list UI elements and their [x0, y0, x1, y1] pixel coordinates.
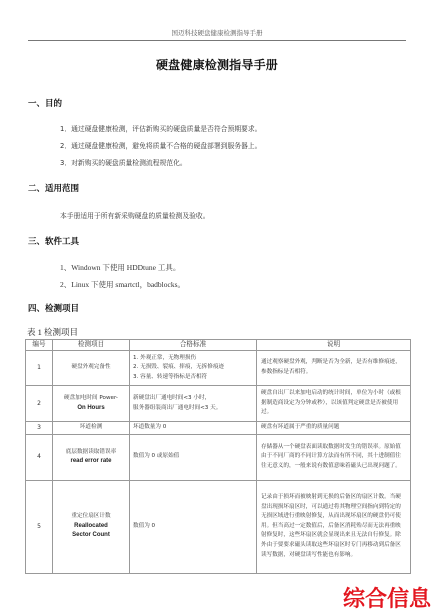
column-header-note: 说明 — [257, 340, 411, 351]
standard-line: 服务器组装商出厂通电时间<3 天。 — [133, 404, 253, 414]
table-row: 5 重定位扇区计数 Reallocated Sector Count 数值为 0… — [26, 480, 411, 573]
section-heading-tools: 三、软件工具 — [28, 235, 79, 247]
column-header-standard: 合格标准 — [130, 340, 257, 351]
row-note: 硬盘有坏道属于严重的质量问题 — [257, 422, 411, 435]
row-item-label: 硬盘外观完备性 — [56, 363, 126, 373]
section-heading-purpose: 一、目的 — [28, 97, 62, 109]
row-id: 4 — [26, 434, 53, 480]
column-header-item: 检测项目 — [53, 340, 130, 351]
row-id: 2 — [26, 386, 53, 422]
purpose-item-2: 2．通过硬盘健康检测，避免将质量不合格的硬盘部署到服务器上。 — [60, 140, 261, 150]
table-row: 3 坏道检测 坏道数量为 0 硬盘有坏道属于严重的质量问题 — [26, 422, 411, 435]
row-id: 3 — [26, 422, 53, 435]
standard-line: 2. 无损毁、裂痕、摔痕，无拆修痕迹 — [133, 363, 253, 373]
section-heading-scope: 二、适用范围 — [28, 182, 79, 194]
standard-line: 坏道数量为 0 — [133, 423, 253, 433]
standard-line: 1. 外观正常，无物理损伤 — [133, 354, 253, 364]
row-note: 记录由于损坏而被映射到无损的后备区的扇区计数。当硬盘出现损坏扇区时，可以通过将其… — [257, 480, 411, 573]
row-note: 通过观察硬盘外观，判断是否为全新，是否有维修痕迹，参数指标是否相符。 — [257, 351, 411, 386]
tools-item-1: 1、Windown 下使用 HDDtune 工具。 — [60, 262, 180, 273]
row-item-label: 重定位扇区计数 — [56, 512, 126, 522]
row-item-english: read error rate — [56, 457, 126, 467]
row-item-english: Reallocated Sector Count — [56, 522, 126, 541]
row-id: 1 — [26, 351, 53, 386]
table-row: 4 底层数据读取错误率 read error rate 数值为 0 或原始值 存… — [26, 434, 411, 480]
scope-text: 本手册适用于所有新采购硬盘的质量检测及验收。 — [60, 210, 210, 220]
row-note: 硬盘自出厂以来加电启动的统计时间，单位为小时（或根据制造商设定为分钟或秒），以该… — [257, 386, 411, 422]
row-standard: 数值为 0 — [130, 480, 257, 573]
row-standard: 数值为 0 或原始值 — [130, 434, 257, 480]
section-heading-items: 四、检测项目 — [28, 302, 79, 314]
row-item: 底层数据读取错误率 read error rate — [53, 434, 130, 480]
inspection-items-table: 编号 检测项目 合格标准 说明 1 硬盘外观完备性 1. 外观正常，无物理损伤 … — [25, 339, 411, 574]
row-id: 5 — [26, 480, 53, 573]
watermark-logo: 综合信息 — [343, 582, 431, 613]
row-note: 存储器从一个硬盘表面读取数据时发生的错误率。原始值由于不同厂商的不同计算方法而有… — [257, 434, 411, 480]
row-standard: 新硬盘出厂通电时间<3 小时， 服务器组装商出厂通电时间<3 天。 — [130, 386, 257, 422]
document-page: 国迈科技硬盘健康检测指导手册 硬盘健康检测指导手册 一、目的 1．通过硬盘健康检… — [0, 0, 434, 614]
row-item-label: 底层数据读取错误率 — [56, 448, 126, 458]
row-item-label: 坏道检测 — [56, 423, 126, 433]
standard-line: 新硬盘出厂通电时间<3 小时， — [133, 394, 253, 404]
row-item: 坏道检测 — [53, 422, 130, 435]
document-title: 硬盘健康检测指导手册 — [0, 56, 434, 73]
column-header-id: 编号 — [26, 340, 53, 351]
table-row: 2 硬盘加电时间 Power- On Hours 新硬盘出厂通电时间<3 小时，… — [26, 386, 411, 422]
table-row: 1 硬盘外观完备性 1. 外观正常，无物理损伤 2. 无损毁、裂痕、摔痕，无拆修… — [26, 351, 411, 386]
purpose-item-1: 1．通过硬盘健康检测，评估新购买的硬盘质量是否符合预期要求。 — [60, 123, 261, 133]
row-item: 硬盘加电时间 Power- On Hours — [53, 386, 130, 422]
tools-item-2: 2、Linux 下使用 smartctl，badblocks。 — [60, 279, 185, 290]
standard-line: 数值为 0 或原始值 — [133, 452, 253, 462]
standard-line: 数值为 0 — [133, 522, 253, 532]
table-header-row: 编号 检测项目 合格标准 说明 — [26, 340, 411, 351]
standard-line: 3. 容量、转速等指标是否相符 — [133, 373, 253, 383]
table-caption: 表 1 检测项目 — [27, 326, 78, 338]
row-item: 硬盘外观完备性 — [53, 351, 130, 386]
row-item: 重定位扇区计数 Reallocated Sector Count — [53, 480, 130, 573]
row-item-english: On Hours — [56, 404, 126, 414]
row-item-label: 硬盘加电时间 Power- — [56, 394, 126, 404]
row-standard: 1. 外观正常，无物理损伤 2. 无损毁、裂痕、摔痕，无拆修痕迹 3. 容量、转… — [130, 351, 257, 386]
purpose-item-3: 3．对新购买的硬盘质量检测流程规范化。 — [60, 157, 187, 167]
row-standard: 坏道数量为 0 — [130, 422, 257, 435]
running-header: 国迈科技硬盘健康检测指导手册 — [28, 28, 406, 41]
